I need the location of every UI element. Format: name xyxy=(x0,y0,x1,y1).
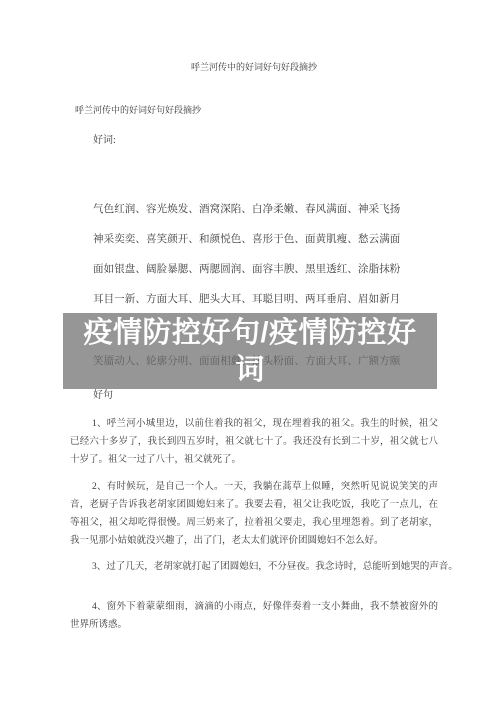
watermark-title-line2: 词 xyxy=(235,352,265,389)
good-sentences-label: 好句 xyxy=(93,388,438,403)
word-line-3: 面如银盘、阔脸暴腮、两腮圆润、面容丰腴、黑里透红、涂脂抹粉 xyxy=(93,262,438,277)
word-line-2: 神采奕奕、喜笑颜开、和颜悦色、喜形于色、面黄肌瘦、愁云满面 xyxy=(93,232,438,247)
paragraph-2: 2、有时候玩，是自己一个人。一天，我躺在蒿草上似睡，突然听见说说笑笑的声音，老厨… xyxy=(70,478,438,550)
watermark-title-line1: 疫情防控好句/疫情防控好 xyxy=(83,315,416,352)
paragraph-3: 3、过了几天，老胡家就打起了团圆媳妇，不分昼夜。我念诗时，总能听到她哭的声音。 xyxy=(70,558,438,576)
paragraph-1: 1、呼兰河小城里边，以前住着我的祖父，现在埋着我的祖父。我生的时候，祖父已经六十… xyxy=(70,415,438,469)
document-page: 呼兰河传中的好词好句好段摘抄 呼兰河传中的好词好句好段摘抄 好词: 气色红润、容… xyxy=(0,0,500,706)
good-words-label: 好词: xyxy=(93,133,438,148)
watermark-title-banner: 疫情防控好句/疫情防控好 词 xyxy=(63,313,437,389)
article-title: 呼兰河传中的好词好句好段摘抄 xyxy=(75,103,438,118)
paragraph-4: 4、窗外下着蒙蒙细雨，滴滴的小雨点，好像伴奏着一支小舞曲，我不禁被窗外的世界所诱… xyxy=(70,598,438,634)
word-line-1: 气色红润、容光焕发、酒窝深陷、白净柔嫩、春风满面、神采飞扬 xyxy=(93,202,438,217)
page-title: 呼兰河传中的好词好句好段摘抄 xyxy=(70,60,438,75)
word-line-4: 耳目一新、方面大耳、肥头大耳、耳聪目明、两耳垂肩、眉如新月 xyxy=(93,292,438,307)
